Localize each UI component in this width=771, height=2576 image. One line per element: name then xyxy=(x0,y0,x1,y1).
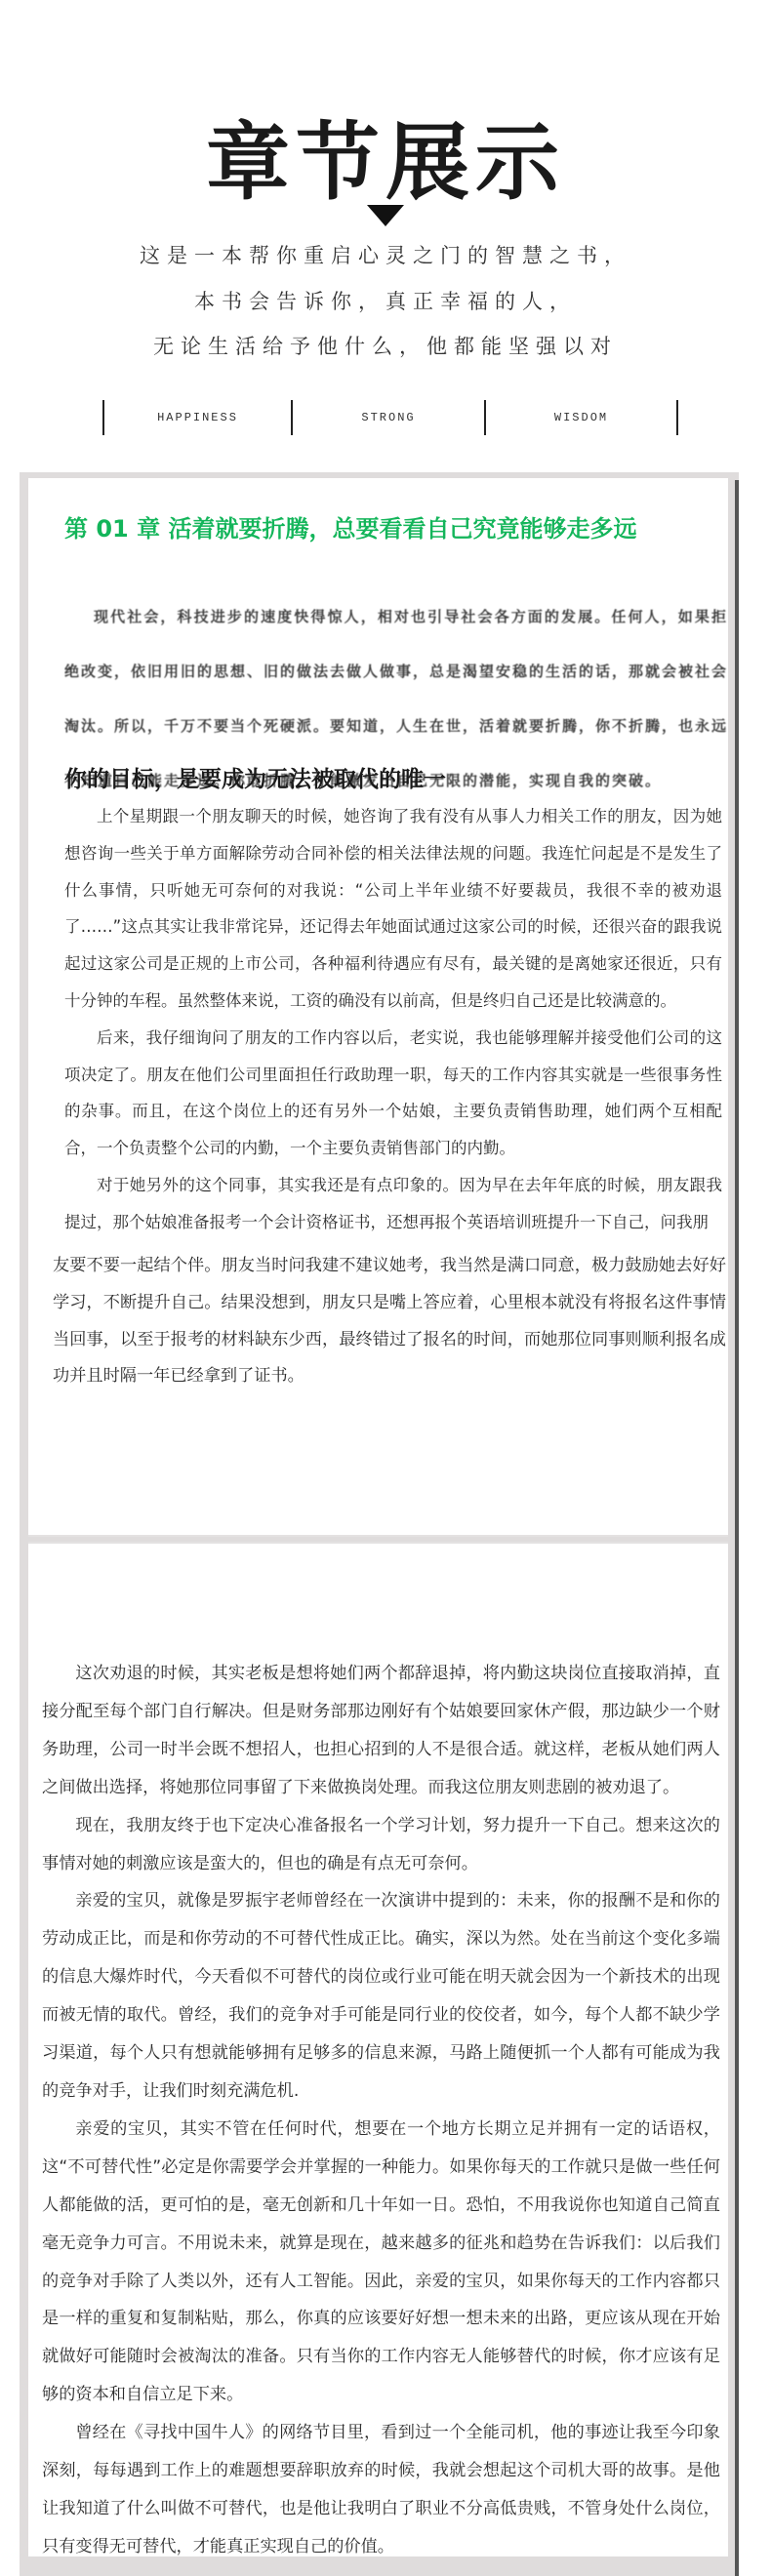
paragraph: 这次劝退的时候，其实老板是想将她们两个都辞退掉，将内勤这块岗位直接取消掉，直接分… xyxy=(42,1655,720,1807)
paragraph: 亲爱的宝贝，其实不管在任何时代，想要在一个地方长期立足并拥有一定的话语权，这“不… xyxy=(42,2111,720,2414)
keyword-bar: HAPPINESS STRONG WISDOM xyxy=(102,400,678,435)
down-triangle-icon xyxy=(367,205,404,226)
paragraph: 对于她另外的这个同事，其实我还是有点印象的。因为早在去年年底的时候，朋友跟我提过… xyxy=(64,1167,722,1241)
tagline-line-1: 这是一本帮你重启心灵之门的智慧之书， xyxy=(0,241,771,270)
keyword-strong: STRONG xyxy=(291,400,484,435)
paragraph: 上个星期跟一个朋友聊天的时候，她咨询了我有没有从事人力相关工作的朋友，因为她想咨… xyxy=(64,798,722,1020)
page-divider xyxy=(28,1535,728,1537)
keyword-happiness: HAPPINESS xyxy=(102,400,291,435)
page-2-body: 这次劝退的时候，其实老板是想将她们两个都辞退掉，将内勤这块岗位直接取消掉，直接分… xyxy=(42,1655,720,2566)
paragraph-continued: 友要不要一起结个伴。朋友当时问我建不建议她考，我当然是满口同意，极力鼓励她去好好… xyxy=(53,1248,726,1395)
paragraph: 亲爱的宝贝，就像是罗振宇老师曾经在一次演讲中提到的：未来，你的报酬不是和你的劳动… xyxy=(42,1882,720,2110)
page-title: 章节展示 xyxy=(0,109,771,217)
tagline-line-2: 本书会告诉你，真正幸福的人， xyxy=(0,287,771,316)
section-heading: 你的目标，是要成为无法被取代的唯一 xyxy=(64,761,446,793)
paragraph: 曾经在《寻找中国牛人》的网络节目里，看到过一个全能司机，他的事迹让我至今印象深刻… xyxy=(42,2414,720,2566)
paragraph: 后来，我仔细询问了朋友的工作内容以后，老实说，我也能够理解并接受他们公司的这项决… xyxy=(64,1020,722,1167)
chapter-title: 第 01 章 活着就要折腾，总要看看自己究竟能够走多远 xyxy=(64,509,728,543)
page-1-body-continued: 友要不要一起结个伴。朋友当时问我建不建议她考，我当然是满口同意，极力鼓励她去好好… xyxy=(53,1248,726,1395)
page-1-body: 上个星期跟一个朋友聊天的时候，她咨询了我有没有从事人力相关工作的朋友，因为她想咨… xyxy=(64,798,722,1241)
paragraph: 现在，我朋友终于也下定决心准备报名一个学习计划，努力提升一下自己。想来这次的事情… xyxy=(42,1807,720,1883)
tagline-line-3: 无论生活给予他什么，他都能坚强以对 xyxy=(0,332,771,361)
keyword-wisdom: WISDOM xyxy=(484,400,678,435)
frame-shadow xyxy=(735,480,739,2576)
